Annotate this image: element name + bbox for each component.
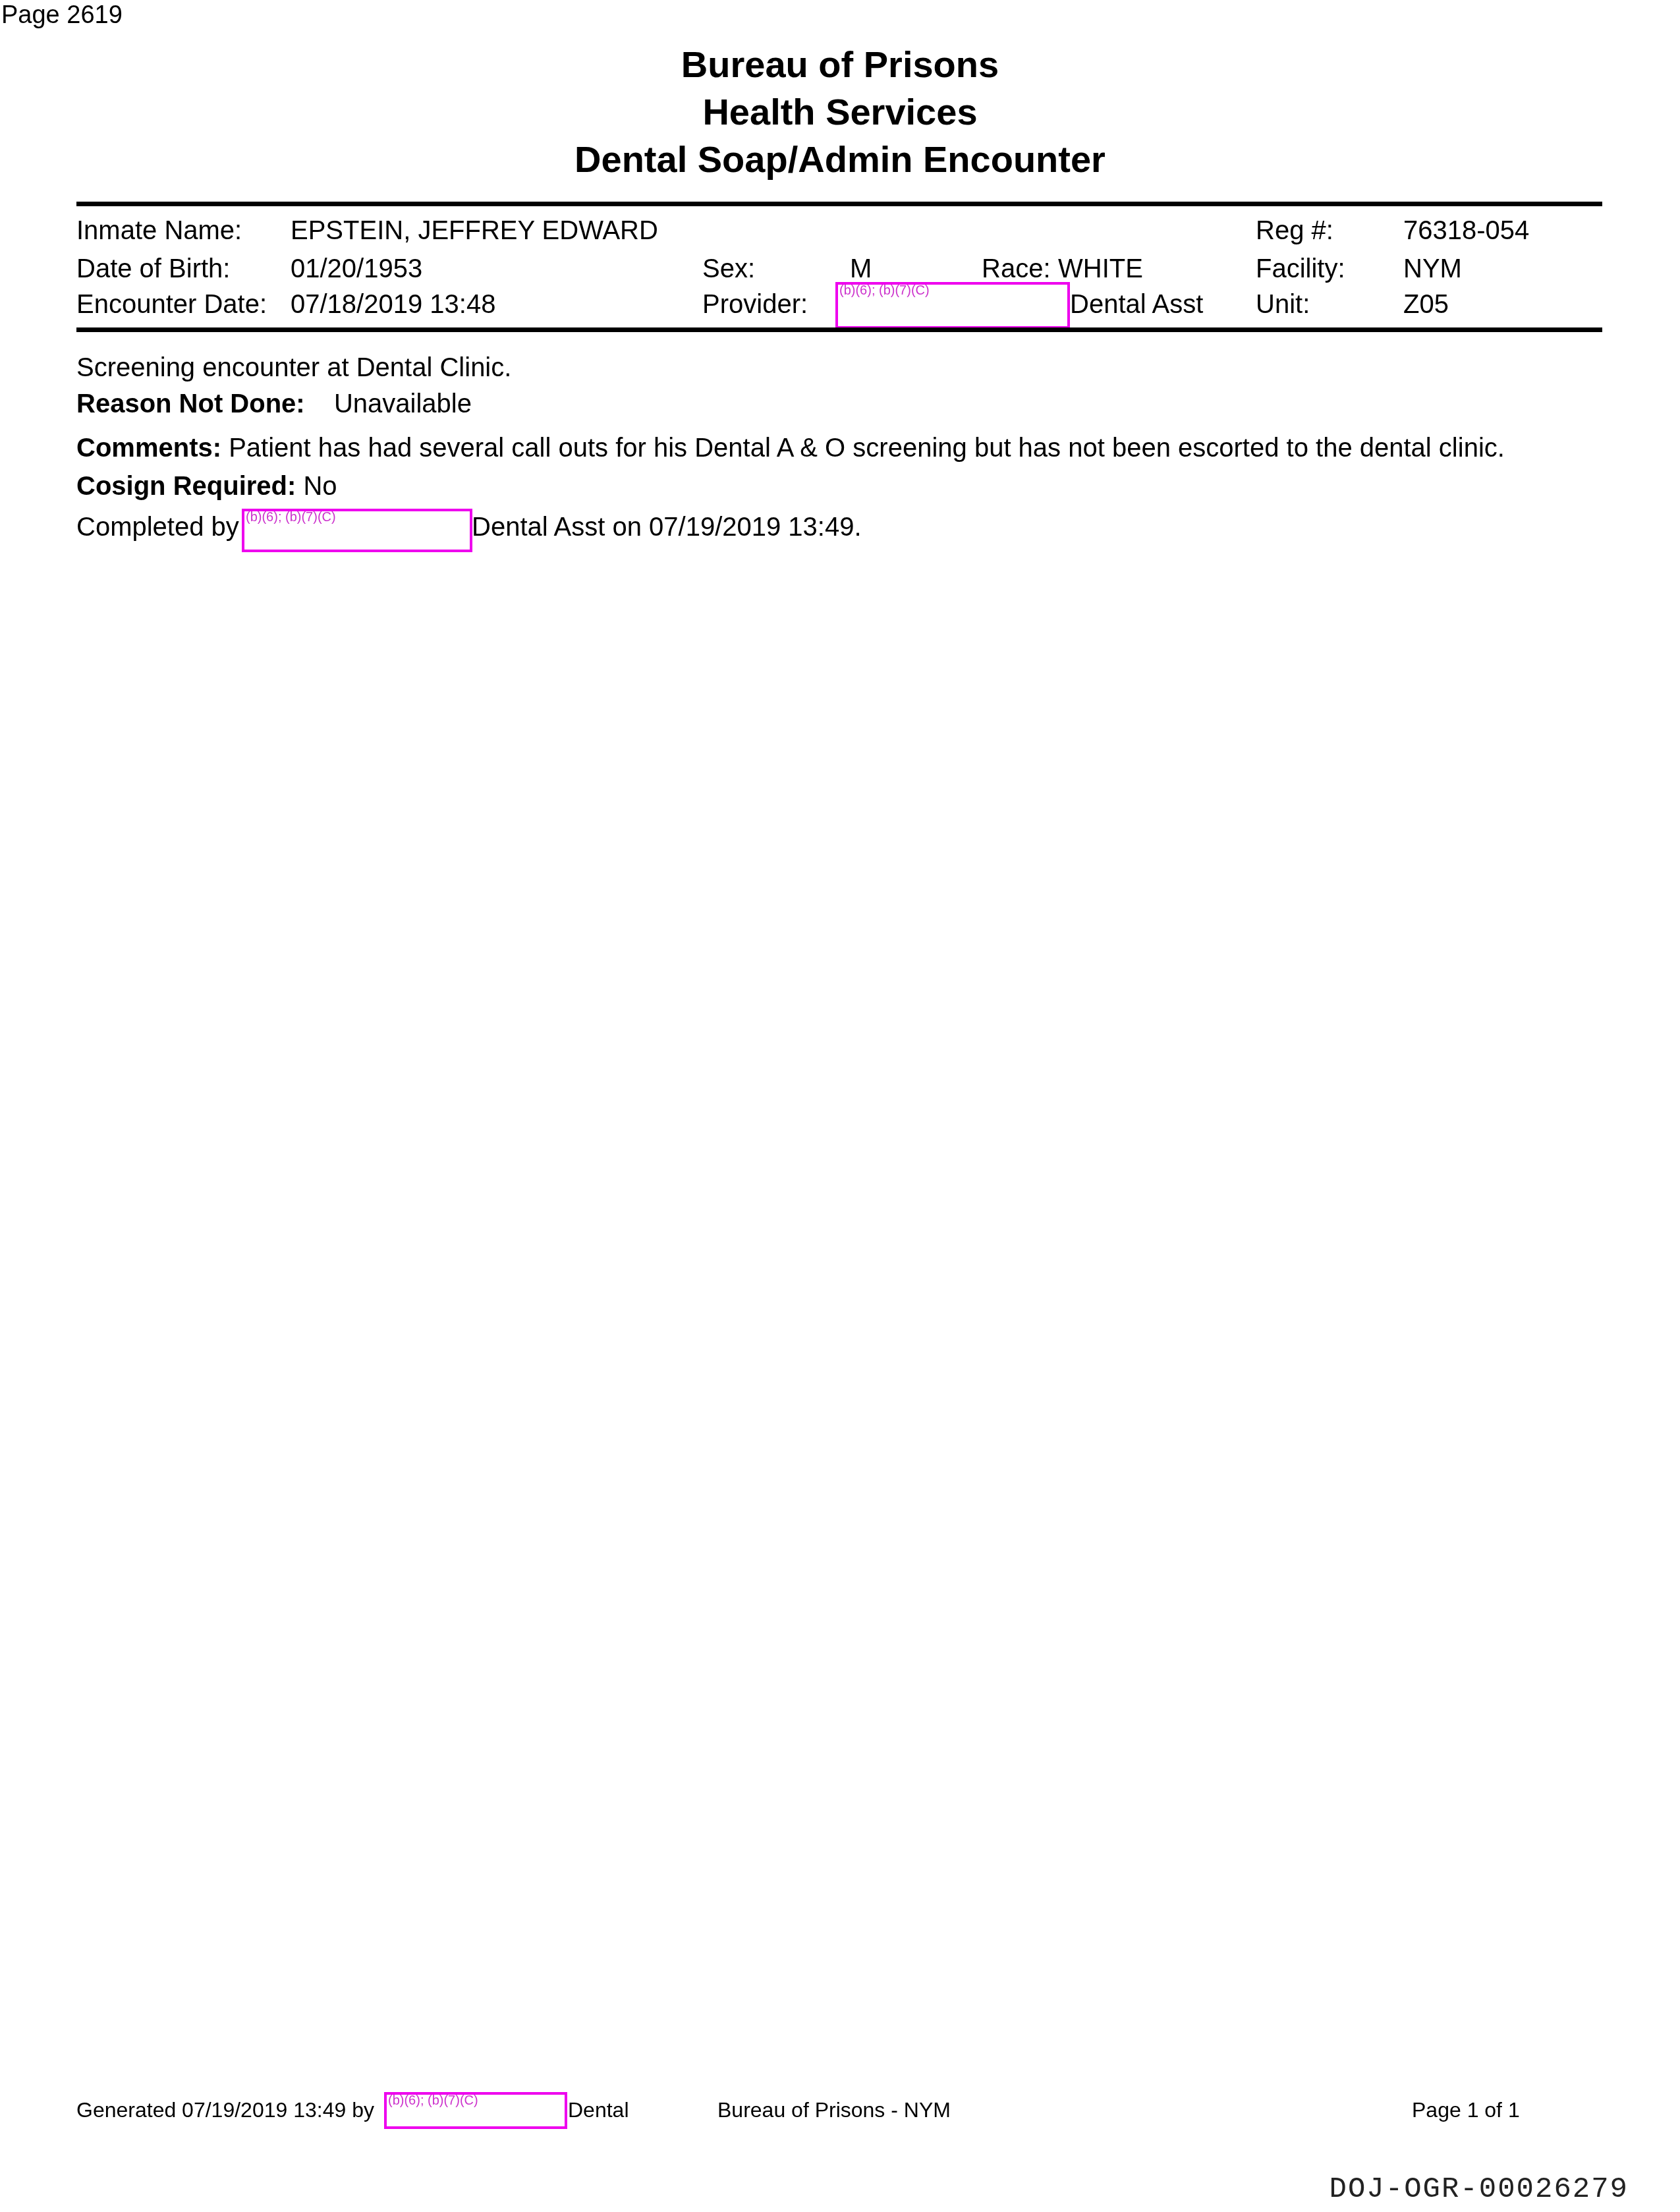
completed-by-suffix: Dental Asst on 07/19/2019 13:49. <box>472 511 862 543</box>
sex-value: M <box>850 253 872 285</box>
race-value: WHITE <box>1058 253 1143 285</box>
encounter-date-label: Encounter Date: <box>76 289 267 320</box>
page-number-label: Page 2619 <box>1 1 123 30</box>
generated-by-suffix: Dental <box>568 2097 629 2123</box>
generated-by-prefix: Generated 07/19/2019 13:49 by <box>76 2097 374 2123</box>
cosign-row: Cosign Required: No <box>76 470 337 502</box>
header-department-title: Health Services <box>0 88 1680 136</box>
reason-not-done-row: Reason Not Done: Unavailable <box>76 388 472 420</box>
footer-page-count: Page 1 of 1 <box>1412 2097 1520 2123</box>
reg-number-value: 76318-054 <box>1403 215 1529 246</box>
dob-label: Date of Birth: <box>76 253 230 285</box>
provider-redaction-box: (b)(6); (b)(7)(C) <box>835 282 1070 329</box>
reason-not-done-value: Unavailable <box>334 389 472 418</box>
race-label: Race: <box>982 253 1051 285</box>
header-bottom-rule <box>76 327 1602 332</box>
cosign-value: No <box>303 472 337 501</box>
comments-row: Comments: Patient has had several call o… <box>76 432 1505 464</box>
dob-value: 01/20/1953 <box>291 253 422 285</box>
provider-redaction-code: (b)(6); (b)(7)(C) <box>839 283 930 298</box>
header-top-rule <box>76 202 1602 206</box>
sex-label: Sex: <box>702 253 755 285</box>
facility-label: Facility: <box>1256 253 1345 285</box>
encounter-date-value: 07/18/2019 13:48 <box>291 289 495 320</box>
header-form-title: Dental Soap/Admin Encounter <box>0 136 1680 183</box>
bates-number: DOJ-OGR-00026279 <box>1330 2173 1629 2206</box>
reg-number-label: Reg #: <box>1256 215 1333 246</box>
footer-organization: Bureau of Prisons - NYM <box>717 2097 951 2123</box>
inmate-name-value: EPSTEIN, JEFFREY EDWARD <box>291 215 658 246</box>
reason-not-done-label: Reason Not Done: <box>76 389 305 418</box>
unit-label: Unit: <box>1256 289 1310 320</box>
completed-by-redaction-box: (b)(6); (b)(7)(C) <box>242 509 472 552</box>
screening-note: Screening encounter at Dental Clinic. <box>76 352 511 383</box>
generated-by-redaction-box: (b)(6); (b)(7)(C) <box>384 2092 567 2129</box>
generated-by-redaction-code: (b)(6); (b)(7)(C) <box>388 2093 478 2109</box>
inmate-name-label: Inmate Name: <box>76 215 242 246</box>
completed-by-redaction-code: (b)(6); (b)(7)(C) <box>246 510 336 525</box>
cosign-label: Cosign Required: <box>76 472 296 501</box>
unit-value: Z05 <box>1403 289 1449 320</box>
header-agency-title: Bureau of Prisons <box>0 41 1680 88</box>
provider-label: Provider: <box>702 289 808 320</box>
comments-value: Patient has had several call outs for hi… <box>229 434 1505 463</box>
completed-by-prefix: Completed by <box>76 511 239 543</box>
comments-label: Comments: <box>76 434 221 463</box>
facility-value: NYM <box>1403 253 1462 285</box>
provider-role: Dental Asst <box>1070 289 1203 320</box>
